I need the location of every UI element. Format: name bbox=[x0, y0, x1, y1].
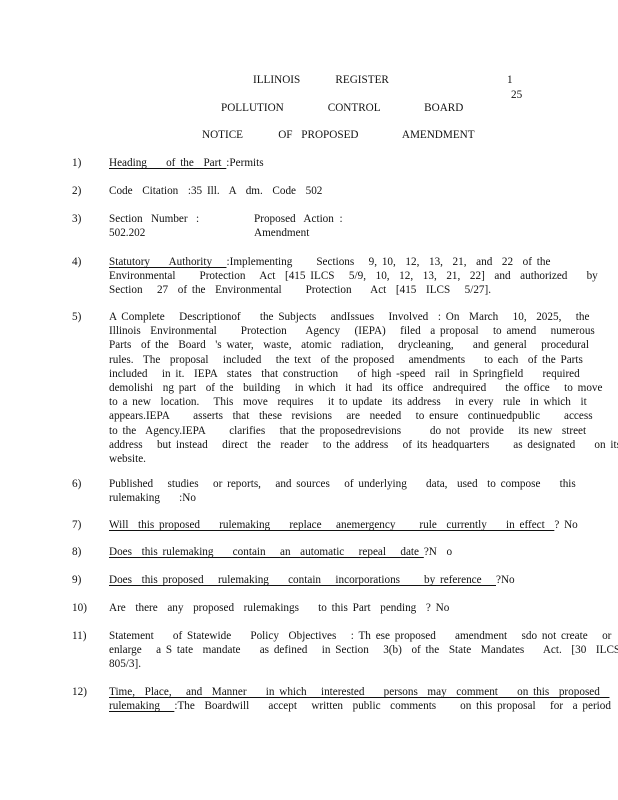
item-line: appears.IEPA asserts that these revision… bbox=[109, 409, 541, 423]
item-description: A Complete Descriptionof the Subjects an… bbox=[109, 310, 541, 466]
item-label: Will this proposed rulemaking replace an… bbox=[109, 519, 554, 531]
item-time-place-manner: Time, Place, and Manner in which interes… bbox=[109, 685, 541, 713]
item-repeal-date: Does this rulemaking contain an automati… bbox=[109, 545, 541, 559]
item-number: 7) bbox=[72, 518, 81, 532]
item-label: rulemaking bbox=[109, 700, 174, 712]
item-statewide-policy: Statement of Statewide Policy Objectives… bbox=[109, 629, 541, 672]
notice-title: NOTICE OF PROPOSED AMENDMENT bbox=[202, 128, 475, 142]
item-number: 4) bbox=[72, 255, 81, 269]
issue-number: 25 bbox=[511, 88, 522, 102]
item-label: Heading of the Part bbox=[109, 157, 226, 169]
item-number: 11) bbox=[72, 629, 87, 643]
item-line: Section 27 of the Environmental Protecti… bbox=[109, 283, 541, 297]
item-label: Does this proposed rulemaking contain in… bbox=[109, 574, 496, 586]
item-line: Parts of the Board 's water, waste, atom… bbox=[109, 338, 541, 352]
item-line: Environmental Protection Act [415 ILCS 5… bbox=[109, 269, 541, 283]
item-line: Statement of Statewide Policy Objectives… bbox=[109, 629, 541, 643]
item-number: 2) bbox=[72, 184, 81, 198]
item-number: 1) bbox=[72, 156, 81, 170]
item-line: website. bbox=[109, 452, 541, 466]
item-line: rules. The proposal included the text of… bbox=[109, 353, 541, 367]
item-pending-rulemakings: Are there any proposed rulemakings to th… bbox=[109, 601, 541, 615]
item-emergency-rule: Will this proposed rulemaking replace an… bbox=[109, 518, 541, 532]
item-value: ? No bbox=[554, 519, 577, 531]
item-line: Published studies or reports, and source… bbox=[109, 477, 541, 491]
item-code-citation: Code Citation :35 Ill. A dm. Code 502 bbox=[109, 184, 541, 198]
item-text: Code Citation :35 Ill. A dm. Code 502 bbox=[109, 184, 541, 198]
register-title: ILLINOIS REGISTER bbox=[253, 73, 389, 87]
item-line: :The Boardwill accept written public com… bbox=[174, 700, 611, 712]
item-heading-of-part: Heading of the Part :Permits bbox=[109, 156, 541, 170]
item-line: A Complete Descriptionof the Subjects an… bbox=[109, 310, 541, 324]
proposed-action-value: Amendment bbox=[254, 226, 309, 240]
proposed-action-label: Proposed Action : bbox=[254, 212, 343, 226]
item-label: Does this rulemaking contain an automati… bbox=[109, 546, 424, 558]
item-value: ?No bbox=[496, 574, 515, 586]
item-line: 805/3]. bbox=[109, 657, 541, 671]
item-statutory-authority: Statutory Authority :Implementing Sectio… bbox=[109, 255, 541, 298]
item-incorporations: Does this proposed rulemaking contain in… bbox=[109, 573, 541, 587]
section-number-label: Section Number : bbox=[109, 212, 199, 226]
item-number: 3) bbox=[72, 212, 81, 226]
item-label: Time, Place, and Manner in which interes… bbox=[109, 685, 541, 699]
item-line: :Implementing Sections 9, 10, 12, 13, 21… bbox=[226, 256, 550, 268]
item-value: :Permits bbox=[226, 157, 263, 169]
item-line: to a new location. This move requires it… bbox=[109, 395, 541, 409]
item-line: enlarge a S tate mandate as defined in S… bbox=[109, 643, 541, 657]
item-published-studies: Published studies or reports, and source… bbox=[109, 477, 541, 505]
item-number: 12) bbox=[72, 685, 87, 699]
item-value: ?N o bbox=[424, 546, 452, 558]
agency-title: POLLUTION CONTROL BOARD bbox=[221, 101, 463, 115]
item-line: included in it. IEPA states that constru… bbox=[109, 367, 541, 381]
item-label: Statutory Authority bbox=[109, 256, 226, 268]
section-number-value: 502.202 bbox=[109, 226, 145, 240]
item-number: 8) bbox=[72, 545, 81, 559]
page-number: 1 bbox=[507, 73, 513, 87]
item-text: Are there any proposed rulemakings to th… bbox=[109, 601, 541, 615]
item-number: 6) bbox=[72, 477, 81, 491]
item-number: 9) bbox=[72, 573, 81, 587]
item-line: to the Agency.IEPA clarifies that the pr… bbox=[109, 424, 541, 438]
item-line: demolishi ng part of the building in whi… bbox=[109, 381, 541, 395]
item-number: 10) bbox=[72, 601, 87, 615]
item-line: address but instead direct the reader to… bbox=[109, 438, 541, 452]
item-line: Illinois Environmental Protection Agency… bbox=[109, 324, 541, 338]
item-line: rulemaking :No bbox=[109, 491, 541, 505]
item-number: 5) bbox=[72, 310, 81, 324]
